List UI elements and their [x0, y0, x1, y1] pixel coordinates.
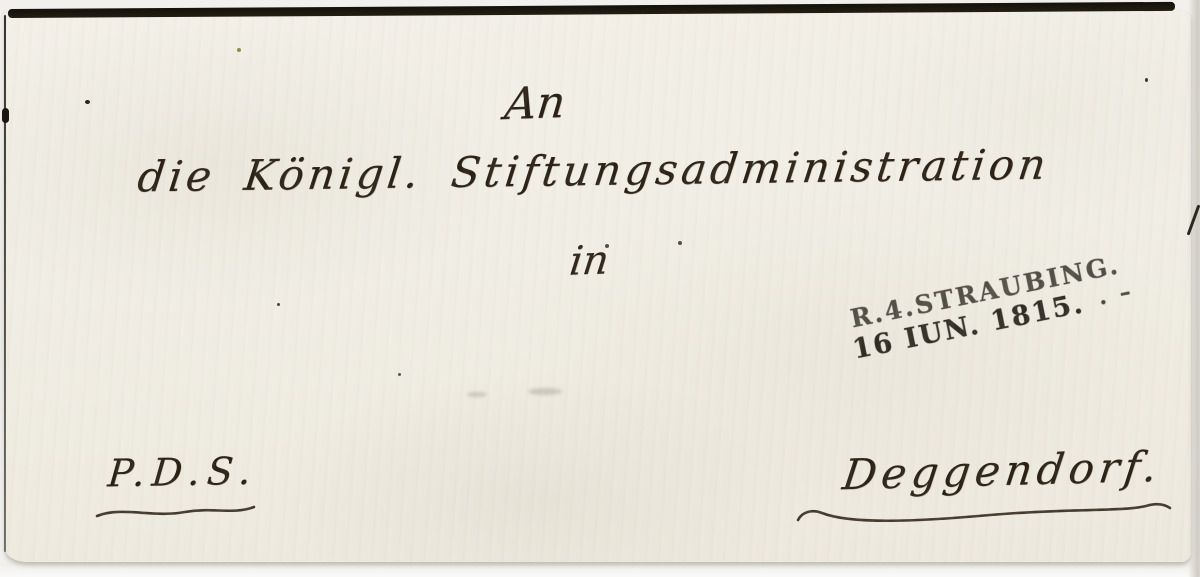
flourish-path [97, 507, 254, 516]
paper-smudge [528, 388, 562, 395]
paper-smudge [467, 392, 487, 397]
paper-speck [1145, 78, 1148, 82]
paper-speck [85, 100, 90, 104]
address-salutation: An [502, 77, 567, 130]
address-recipient-line: die Königl. Stiftungsadministration [135, 140, 1053, 202]
notation-pds: P.D.S. [106, 449, 260, 496]
paper-speck [237, 48, 241, 52]
postmark-trailing-mark: . – [1096, 278, 1136, 311]
paper-speck [277, 303, 280, 306]
letter-paper: An die Königl. Stiftungsadministration i… [5, 10, 1191, 562]
destination-underline-flourish [788, 496, 1180, 530]
letter-left-edge-line [4, 15, 6, 552]
paper-speck [398, 373, 401, 376]
left-edge-mark [2, 108, 9, 123]
notation-underline-flourish [91, 499, 261, 525]
postmark-straubing: R.4.STRAUBING. 16 IUN. 1815. . – [848, 250, 1129, 364]
ink-dot [605, 244, 609, 248]
destination-deggendorf: Deggendorf. [840, 442, 1165, 500]
scan-background-bottom [0, 563, 1200, 577]
ink-dot [678, 241, 682, 245]
flourish-path [798, 504, 1170, 520]
letter-right-edge-shadow [1188, 0, 1200, 577]
scanned-letter-photo: An die Königl. Stiftungsadministration i… [0, 0, 1200, 577]
